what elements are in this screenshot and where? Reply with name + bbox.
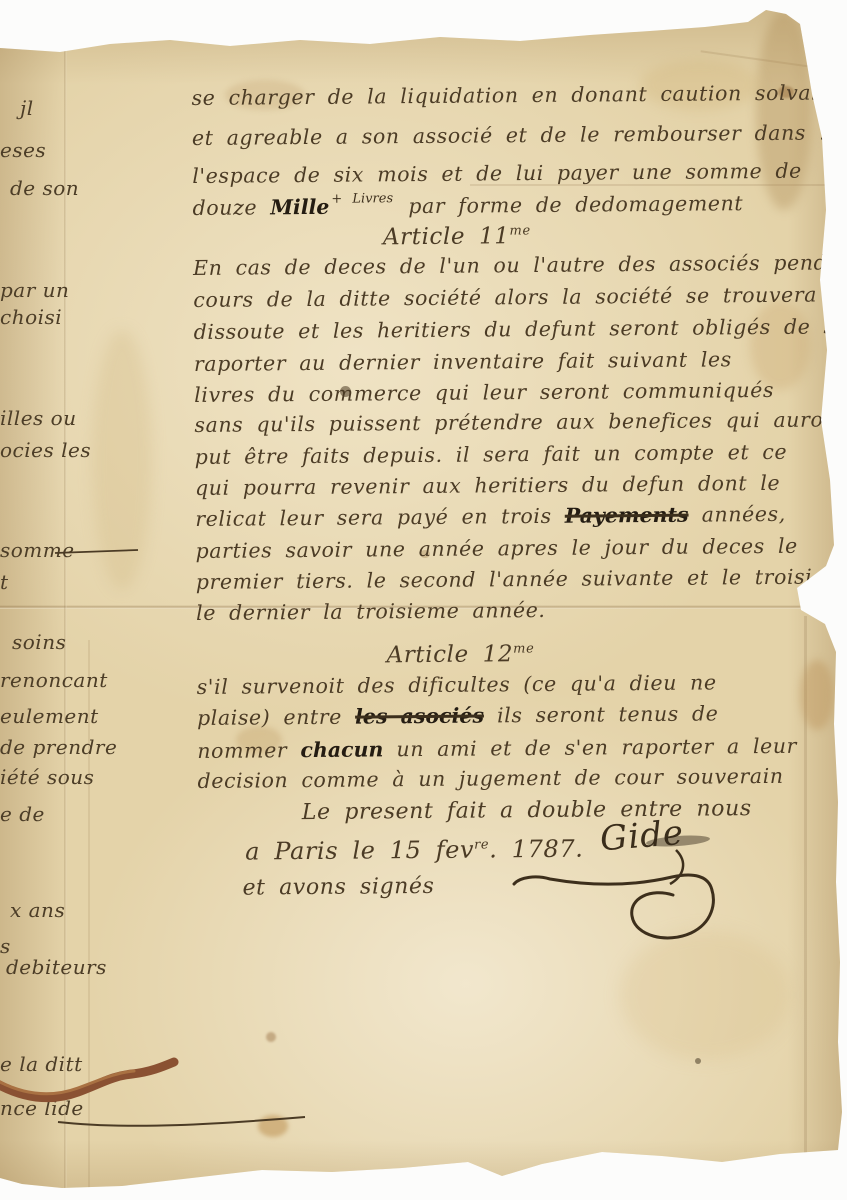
line-19: nommer chacun un ami et de s'en raporter…	[197, 734, 797, 763]
date-place-text: a Paris le 15 fev	[245, 836, 474, 866]
overwritten-word-mille: Mille	[270, 195, 329, 220]
line-15: premier tiers. le second l'année suivant…	[196, 564, 847, 594]
date-year: . 1787.	[489, 835, 583, 864]
line-05: En cas de deces de l'un ou l'autre des a…	[193, 250, 847, 280]
overwritten-word-chacun: chacun	[300, 737, 383, 762]
line-04-text2: par forme de dedomagement	[408, 191, 743, 218]
closing-line: Le present fait a double entre nous	[302, 796, 752, 825]
scanned-manuscript: jl eses de son par un choisi illes ou oc…	[0, 0, 847, 1200]
manuscript-page: jl eses de son par un choisi illes ou oc…	[0, 0, 847, 1200]
line-19-text: nommer	[197, 738, 287, 763]
date-superscript: re	[474, 837, 489, 852]
line-13-text2: années,	[702, 502, 786, 527]
article-12-title: Article 12	[386, 641, 513, 668]
inserted-word-livres: + Livres	[331, 191, 393, 207]
line-18-text: plaise) entre	[197, 705, 342, 730]
article-11-heading: Article 11me	[127, 221, 787, 253]
line-16: le dernier la troisieme année.	[196, 598, 546, 625]
line-18-text2: ils seront tenus de	[497, 701, 719, 727]
struck-word-asocies: les asociés	[355, 703, 484, 728]
signed-note-line: et avons signés	[242, 874, 434, 901]
line-03: l'espace de six mois et de lui payer une…	[192, 159, 802, 188]
line-17: s'il survenoit des dificultes (ce qu'a d…	[197, 670, 717, 699]
line-13-text: relicat leur sera payé en trois	[195, 504, 552, 531]
line-14: parties savoir une année apres le jour d…	[195, 534, 797, 563]
line-19-text2: un ami et de s'en raporter a leur	[396, 734, 797, 761]
article-11-ordinal: me	[509, 223, 530, 238]
line-08: raporter au dernier inventaire fait suiv…	[194, 347, 732, 376]
line-04: douze Mille+ Livres par forme de dedomag…	[192, 191, 743, 220]
line-10: sans qu'ils puissent prétendre aux benef…	[194, 407, 846, 437]
line-06: cours de la ditte société alors la socié…	[193, 283, 817, 312]
date-place-line: a Paris le 15 fevre. 1787.	[245, 835, 583, 866]
article-11-title: Article 11	[383, 223, 510, 250]
struck-word-payements: Payements	[565, 503, 689, 528]
line-07: dissoute et les heritiers du defunt sero…	[194, 314, 847, 344]
handwritten-body: se charger de la liquidation en donant c…	[0, 0, 847, 1200]
line-12: qui pourra revenir aux heritiers du defu…	[195, 471, 780, 500]
line-02: et agreable a son associé et de le rembo…	[192, 120, 826, 150]
article-12-ordinal: me	[513, 641, 534, 656]
line-13: relicat leur sera payé en trois Payement…	[195, 502, 786, 531]
line-04-text: douze	[192, 195, 257, 220]
line-20: decision comme à un jugement de cour sou…	[197, 764, 783, 793]
line-18: plaise) entre les asociés ils seront ten…	[197, 701, 719, 730]
article-12-heading: Article 12me	[130, 639, 790, 671]
signature: Gide	[599, 813, 686, 859]
line-09: livres du commerce qui leur seront commu…	[194, 378, 774, 407]
line-01: se charger de la liquidation en donant c…	[192, 80, 845, 110]
line-11: put être faits depuis. il sera fait un c…	[195, 440, 788, 469]
